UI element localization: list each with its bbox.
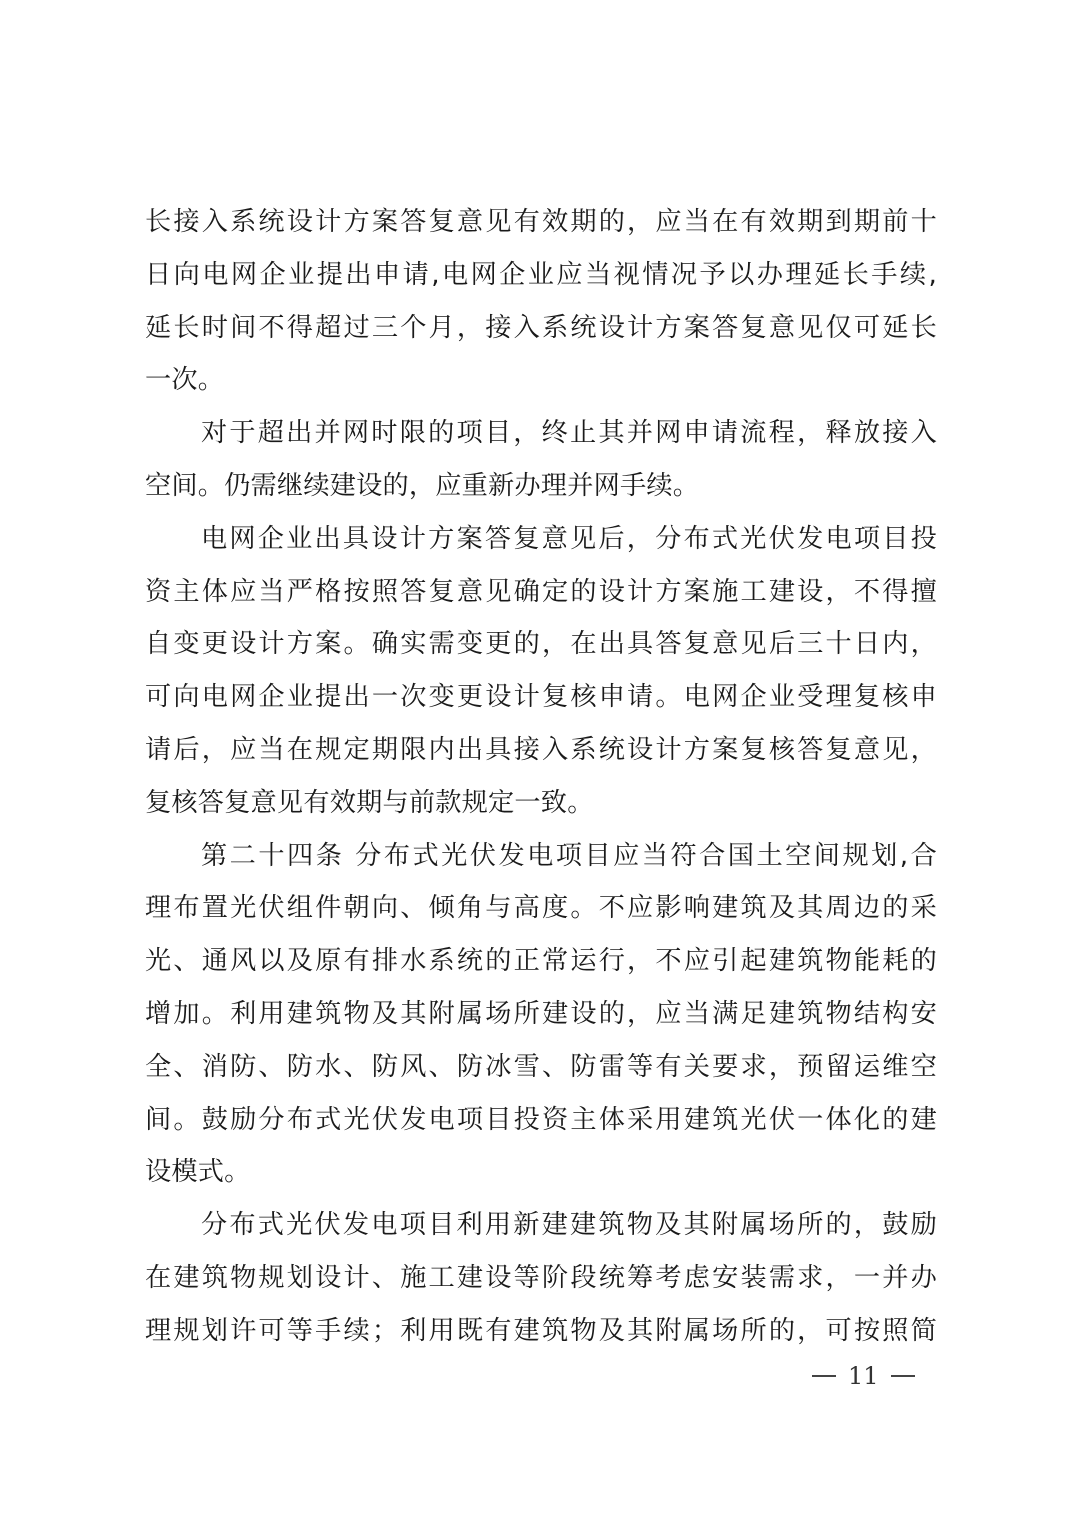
- paragraph-start-line: 对于超出并网时限的项目，终止其并网申请流程，释放接入: [145, 407, 937, 460]
- dash-right: [891, 1375, 915, 1377]
- paragraph-start-line: 分布式光伏发电项目利用新建建筑物及其附属场所的，鼓励: [145, 1199, 937, 1252]
- paragraph-start-line: 电网企业出具设计方案答复意见后，分布式光伏发电项目投: [145, 513, 937, 566]
- text-line: 在建筑物规划设计、施工建设等阶段统筹考虑安装需求，一并办: [145, 1252, 937, 1305]
- text-line: 理规划许可等手续；利用既有建筑物及其附属场所的，可按照简: [145, 1305, 937, 1358]
- text-line: 理布置光伏组件朝向、倾角与高度。不应影响建筑及其周边的采: [145, 882, 937, 935]
- page-number-value: 11: [848, 1362, 879, 1390]
- text-line: 日向电网企业提出申请,电网企业应当视情况予以办理延长手续,: [145, 249, 937, 302]
- dash-left: [812, 1375, 836, 1377]
- text-line: 一次。: [145, 354, 937, 407]
- text-line: 设模式。: [145, 1146, 937, 1199]
- document-body: 长接入系统设计方案答复意见有效期的，应当在有效期到期前十 日向电网企业提出申请,…: [145, 196, 937, 1358]
- text-line: 增加。利用建筑物及其附属场所建设的，应当满足建筑物结构安: [145, 988, 937, 1041]
- text-line: 延长时间不得超过三个月，接入系统设计方案答复意见仅可延长: [145, 302, 937, 355]
- page-number: 11: [812, 1362, 915, 1390]
- article-24-heading-line: 第二十四条 分布式光伏发电项目应当符合国土空间规划,合: [145, 830, 937, 883]
- text-line: 资主体应当严格按照答复意见确定的设计方案施工建设，不得擅: [145, 566, 937, 619]
- text-line: 间。鼓励分布式光伏发电项目投资主体采用建筑光伏一体化的建: [145, 1094, 937, 1147]
- document-page: 长接入系统设计方案答复意见有效期的，应当在有效期到期前十 日向电网企业提出申请,…: [0, 0, 1080, 1527]
- text-line: 全、消防、防水、防风、防冰雪、防雷等有关要求，预留运维空: [145, 1041, 937, 1094]
- text-line: 空间。仍需继续建设的，应重新办理并网手续。: [145, 460, 937, 513]
- text-line: 可向电网企业提出一次变更设计复核申请。电网企业受理复核申: [145, 671, 937, 724]
- text-line: 自变更设计方案。确实需变更的，在出具答复意见后三十日内，: [145, 618, 937, 671]
- text-line: 复核答复意见有效期与前款规定一致。: [145, 777, 937, 830]
- text-line: 长接入系统设计方案答复意见有效期的，应当在有效期到期前十: [145, 196, 937, 249]
- text-line: 请后，应当在规定期限内出具接入系统设计方案复核答复意见，: [145, 724, 937, 777]
- text-line: 光、通风以及原有排水系统的正常运行，不应引起建筑物能耗的: [145, 935, 937, 988]
